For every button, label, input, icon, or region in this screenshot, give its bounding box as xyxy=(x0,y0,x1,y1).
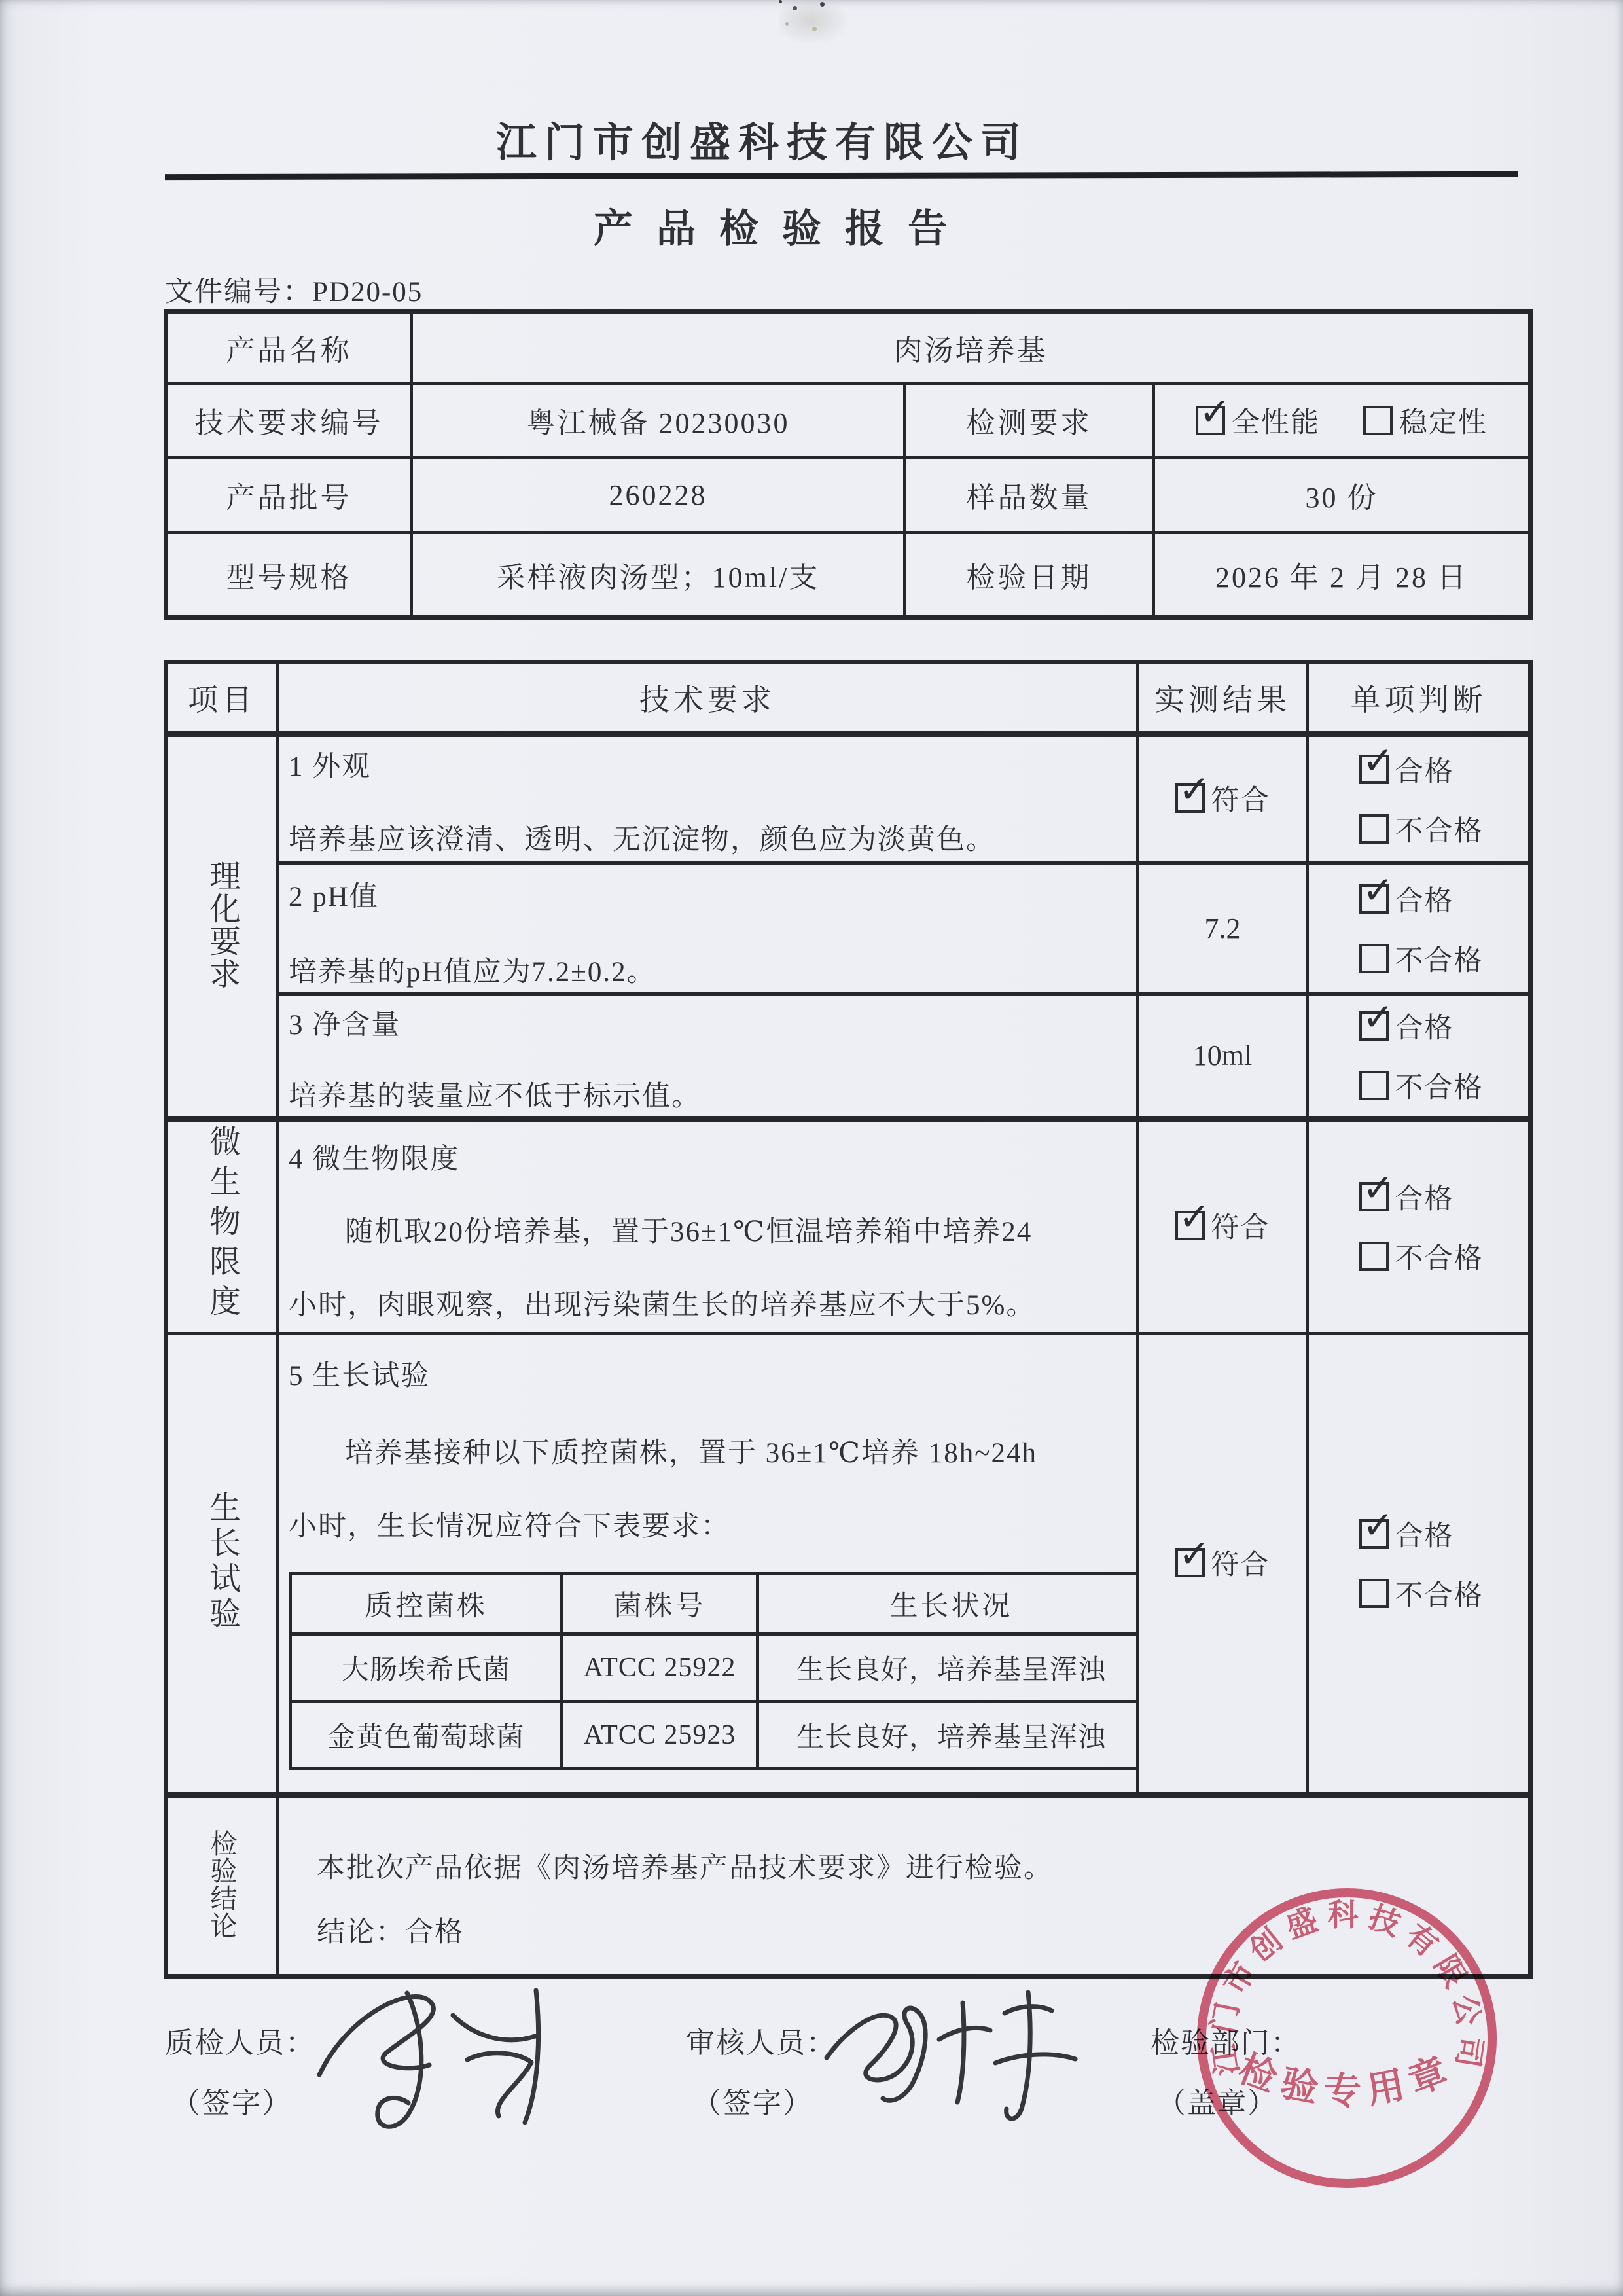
result-conform: 符合 xyxy=(1175,1206,1270,1246)
model-label: 型号规格 xyxy=(166,533,412,618)
product-info-table: 产品名称 肉汤培养基 技术要求编号 粤江械备 20230030 检测要求 全性能… xyxy=(164,309,1533,620)
judgment-fail: 不合格 xyxy=(1359,1236,1484,1276)
judgment-pass: 合格 xyxy=(1359,879,1454,919)
sample-qty-value: 30 份 xyxy=(1154,457,1531,533)
micro-limit-result: 符合 xyxy=(1138,1119,1308,1333)
group-conclusion: 检验结论 xyxy=(166,1795,277,1976)
table-header-row: 项目 技术要求 实测结果 单项判断 xyxy=(166,662,1531,734)
unchecked-checkbox-icon xyxy=(1359,814,1389,844)
table-row: 产品名称 肉汤培养基 xyxy=(166,312,1531,384)
judgment-pass: 合格 xyxy=(1359,749,1454,789)
report-title: 产品检验报告 xyxy=(0,198,1623,254)
judgment-fail: 不合格 xyxy=(1359,1573,1484,1613)
group-micro: 微生物限度 xyxy=(166,1119,277,1333)
growth-test-requirement: 5 生长试验 培养基接种以下质控菌株，置于 36±1℃培养 18h~24h 小时… xyxy=(277,1333,1138,1795)
group-physchem: 理化要求 xyxy=(166,734,277,1119)
net-content-requirement: 3 净含量 培养基的装量应不低于标示值。 xyxy=(277,994,1138,1119)
strain-table: 质控菌株 菌株号 生长状况 大肠埃希氏菌 ATCC 25922 生长良好，培养基… xyxy=(289,1572,1138,1770)
result-conform: 符合 xyxy=(1175,778,1270,818)
col-item: 项目 xyxy=(166,662,277,734)
group-growth: 生长试验 xyxy=(166,1333,277,1795)
ph-requirement: 2 pH值 培养基的pH值应为7.2±0.2。 xyxy=(277,863,1138,994)
scanned-inspection-report: 江门市创盛科技有限公司 产品检验报告 文件编号：PD20-05 产品名称 肉汤培… xyxy=(0,0,1623,2296)
judgment-fail: 不合格 xyxy=(1359,1066,1484,1105)
strain-row-saureus: 金黄色葡萄球菌 ATCC 25923 生长良好，培养基呈浑浊 xyxy=(291,1701,1138,1768)
net-content-result: 10ml xyxy=(1138,994,1308,1119)
batch-label: 产品批号 xyxy=(166,457,412,533)
growth-test-result: 符合 xyxy=(1138,1333,1308,1795)
table-row-growth-test: 生长试验 5 生长试验 培养基接种以下质控菌株，置于 36±1℃培养 18h~2… xyxy=(166,1333,1531,1795)
judgment-pass: 合格 xyxy=(1359,1006,1454,1046)
judgment-fail: 不合格 xyxy=(1359,939,1484,978)
test-req-label: 检测要求 xyxy=(905,384,1154,457)
checked-checkbox-icon xyxy=(1175,1211,1205,1240)
judgment-fail: 不合格 xyxy=(1359,809,1484,849)
qc-sub-label: （签字） xyxy=(171,2079,315,2121)
review-label: 审核人员： xyxy=(686,2019,836,2061)
ph-judgment: 合格 不合格 xyxy=(1308,863,1531,994)
table-row-appearance: 理化要求 1 外观 培养基应该澄清、透明、无沉淀物，颜色应为淡黄色。 符合 合格 xyxy=(166,734,1531,863)
appearance-requirement: 1 外观 培养基应该澄清、透明、无沉淀物，颜色应为淡黄色。 xyxy=(277,734,1138,863)
checked-checkbox-icon xyxy=(1175,1548,1205,1577)
strain-col: 质控菌株 xyxy=(291,1573,562,1634)
checked-checkbox-icon xyxy=(1359,1519,1389,1549)
unchecked-checkbox-icon xyxy=(1363,406,1393,435)
model-value: 采样液肉汤型；10ml/支 xyxy=(412,533,905,618)
unchecked-checkbox-icon xyxy=(1359,1579,1389,1608)
strain-no-col: 菌株号 xyxy=(562,1573,758,1634)
qc-label: 质检人员： xyxy=(165,2019,315,2061)
checked-checkbox-icon xyxy=(1359,884,1389,914)
review-signature xyxy=(808,1977,1096,2127)
checked-checkbox-icon xyxy=(1359,1182,1389,1211)
inspection-result-table: 项目 技术要求 实测结果 单项判断 理化要求 1 外观 培养基应该澄清、透明、无… xyxy=(164,660,1533,1979)
company-title: 江门市创盛科技有限公司 xyxy=(0,110,1623,168)
table-row: 技术要求编号 粤江械备 20230030 检测要求 全性能 稳定性 xyxy=(166,384,1531,457)
appearance-judgment: 合格 不合格 xyxy=(1308,734,1531,863)
growth-test-judgment: 合格 不合格 xyxy=(1308,1333,1531,1795)
svg-text:检验专用章: 检验专用章 xyxy=(1233,2048,1461,2112)
table-row: 产品批号 260228 样品数量 30 份 xyxy=(166,457,1531,533)
micro-limit-requirement: 4 微生物限度 随机取20份培养基，置于36±1℃恒温培养箱中培养24 小时，肉… xyxy=(277,1119,1138,1333)
table-row-net-content: 3 净含量 培养基的装量应不低于标示值。 10ml 合格 不合格 xyxy=(166,994,1531,1119)
strain-row-ecoli: 大肠埃希氏菌 ATCC 25922 生长良好，培养基呈浑浊 xyxy=(291,1634,1138,1701)
scan-smudge-artifact xyxy=(779,0,851,46)
qc-signature xyxy=(308,1973,589,2137)
unchecked-checkbox-icon xyxy=(1359,1071,1389,1100)
table-row-micro-limit: 微生物限度 4 微生物限度 随机取20份培养基，置于36±1℃恒温培养箱中培养2… xyxy=(166,1119,1531,1333)
batch-value: 260228 xyxy=(412,457,905,533)
net-content-judgment: 合格 不合格 xyxy=(1308,994,1531,1119)
unchecked-checkbox-icon xyxy=(1359,1242,1389,1271)
checked-checkbox-icon xyxy=(1175,783,1205,813)
table-row: 型号规格 采样液肉汤型；10ml/支 检验日期 2026 年 2 月 28 日 xyxy=(166,533,1531,618)
col-requirement: 技术要求 xyxy=(277,662,1138,734)
stamp-ring xyxy=(1202,1893,1492,2183)
appearance-result: 符合 xyxy=(1138,734,1308,863)
inspect-date-value: 2026 年 2 月 28 日 xyxy=(1154,533,1531,618)
checked-checkbox-icon xyxy=(1359,755,1389,784)
full-performance-option: 全性能 xyxy=(1196,401,1320,440)
judgment-pass: 合格 xyxy=(1359,1177,1454,1217)
review-sub-label: （签字） xyxy=(692,2079,836,2121)
product-name-value: 肉汤培养基 xyxy=(412,312,1531,384)
strain-header-row: 质控菌株 菌株号 生长状况 xyxy=(291,1573,1138,1634)
stability-option: 稳定性 xyxy=(1363,401,1488,440)
qc-sign-block: 质检人员： （签字） xyxy=(165,2019,315,2121)
stamp-purpose-text: 检验专用章 xyxy=(1233,2048,1461,2112)
col-result: 实测结果 xyxy=(1138,662,1308,734)
checked-checkbox-icon xyxy=(1359,1011,1389,1041)
product-name-label: 产品名称 xyxy=(166,312,412,384)
sample-qty-label: 样品数量 xyxy=(905,457,1154,533)
ph-result: 7.2 xyxy=(1138,863,1308,994)
inspection-stamp: 江门市创盛科技有限公司 检验专用章 xyxy=(1192,1884,1501,2193)
tech-no-value: 粤江械备 20230030 xyxy=(412,384,905,457)
unchecked-checkbox-icon xyxy=(1359,944,1389,973)
document-number: 文件编号：PD20-05 xyxy=(165,270,423,310)
table-row-ph: 2 pH值 培养基的pH值应为7.2±0.2。 7.2 合格 不合格 xyxy=(166,863,1531,994)
tech-no-label: 技术要求编号 xyxy=(166,384,412,457)
result-conform: 符合 xyxy=(1175,1543,1270,1583)
test-req-options: 全性能 稳定性 xyxy=(1154,384,1531,457)
growth-status-col: 生长状况 xyxy=(758,1573,1138,1634)
inspect-date-label: 检验日期 xyxy=(905,533,1154,618)
title-divider xyxy=(165,171,1518,180)
col-judgment: 单项判断 xyxy=(1308,662,1531,734)
micro-limit-judgment: 合格 不合格 xyxy=(1308,1119,1531,1333)
judgment-pass: 合格 xyxy=(1359,1514,1454,1554)
checked-checkbox-icon xyxy=(1196,406,1225,435)
review-sign-block: 审核人员： （签字） xyxy=(686,2019,836,2121)
